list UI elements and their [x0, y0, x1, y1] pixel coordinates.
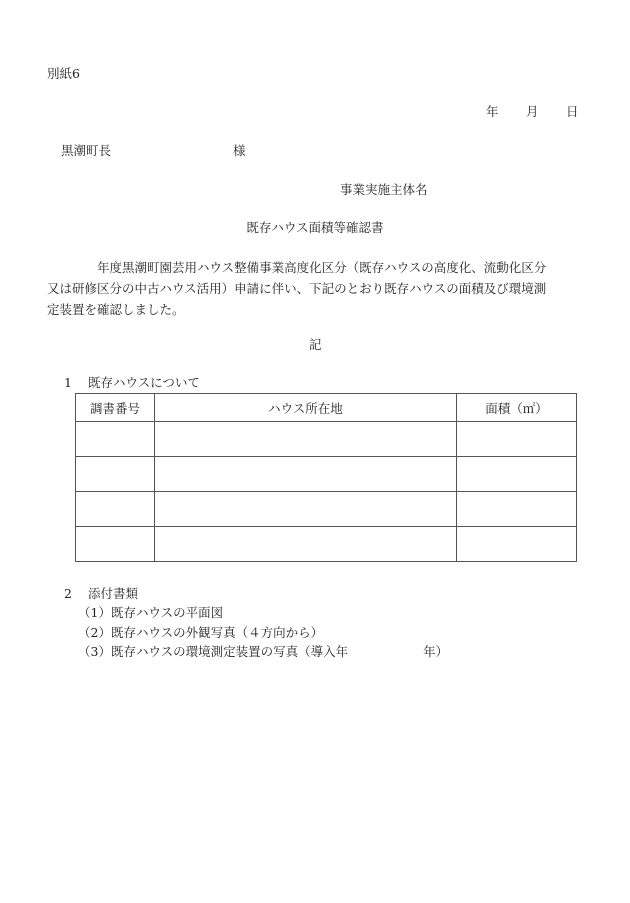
cell-area[interactable] — [457, 457, 577, 492]
annex-label: 別紙6 — [47, 66, 80, 82]
column-header-house-location: ハウス所在地 — [155, 394, 457, 422]
section1-number: 1 — [64, 375, 72, 391]
cell-house-location[interactable] — [155, 422, 457, 457]
section2-title: 添付書類 — [88, 586, 138, 602]
ki-label: 記 — [309, 337, 322, 353]
section2-number: 2 — [64, 586, 72, 602]
table-row — [76, 527, 577, 562]
section1-title: 既存ハウスについて — [88, 375, 200, 391]
cell-house-location[interactable] — [155, 457, 457, 492]
date-month-label: 月 — [526, 104, 539, 120]
table-row — [76, 457, 577, 492]
cell-survey-number[interactable] — [76, 457, 155, 492]
cell-house-location[interactable] — [155, 527, 457, 562]
body-line: 定装置を確認しました。 — [47, 299, 587, 320]
cell-house-location[interactable] — [155, 492, 457, 527]
cell-survey-number[interactable] — [76, 422, 155, 457]
table-row — [76, 422, 577, 457]
applicant-label: 事業実施主体名 — [340, 182, 428, 198]
body-paragraph: 年度黒潮町園芸用ハウス整備事業高度化区分（既存ハウスの高度化、流動化区分 又は研… — [47, 257, 587, 320]
addressee-honorific: 様 — [233, 143, 246, 159]
column-header-survey-number: 調書番号 — [76, 394, 155, 422]
document-title: 既存ハウス面積等確認書 — [245, 220, 385, 236]
column-header-area: 面積（㎡） — [457, 394, 577, 422]
table-row — [76, 492, 577, 527]
table-header-row: 調書番号 ハウス所在地 面積（㎡） — [76, 394, 577, 422]
date-day-label: 日 — [566, 104, 579, 120]
attachment-item-floor-plan: （1）既存ハウスの平面図 — [78, 604, 223, 622]
addressee-name: 黒潮町長 — [61, 143, 111, 159]
body-line: 又は研修区分の中古ハウス活用）申請に伴い、下記のとおり既存ハウスの面積及び環境測 — [47, 278, 587, 299]
cell-area[interactable] — [457, 527, 577, 562]
date-year-label: 年 — [486, 104, 499, 120]
cell-survey-number[interactable] — [76, 492, 155, 527]
cell-area[interactable] — [457, 492, 577, 527]
body-line: 年度黒潮町園芸用ハウス整備事業高度化区分（既存ハウスの高度化、流動化区分 — [47, 257, 587, 278]
attachment-item-sensor-photo: （3）既存ハウスの環境測定装置の写真（導入年 年） — [78, 643, 448, 661]
cell-survey-number[interactable] — [76, 527, 155, 562]
attachment-item-exterior-photos: （2）既存ハウスの外観写真（４方向から） — [78, 624, 323, 642]
cell-area[interactable] — [457, 422, 577, 457]
existing-houses-table: 調書番号 ハウス所在地 面積（㎡） — [75, 393, 577, 562]
